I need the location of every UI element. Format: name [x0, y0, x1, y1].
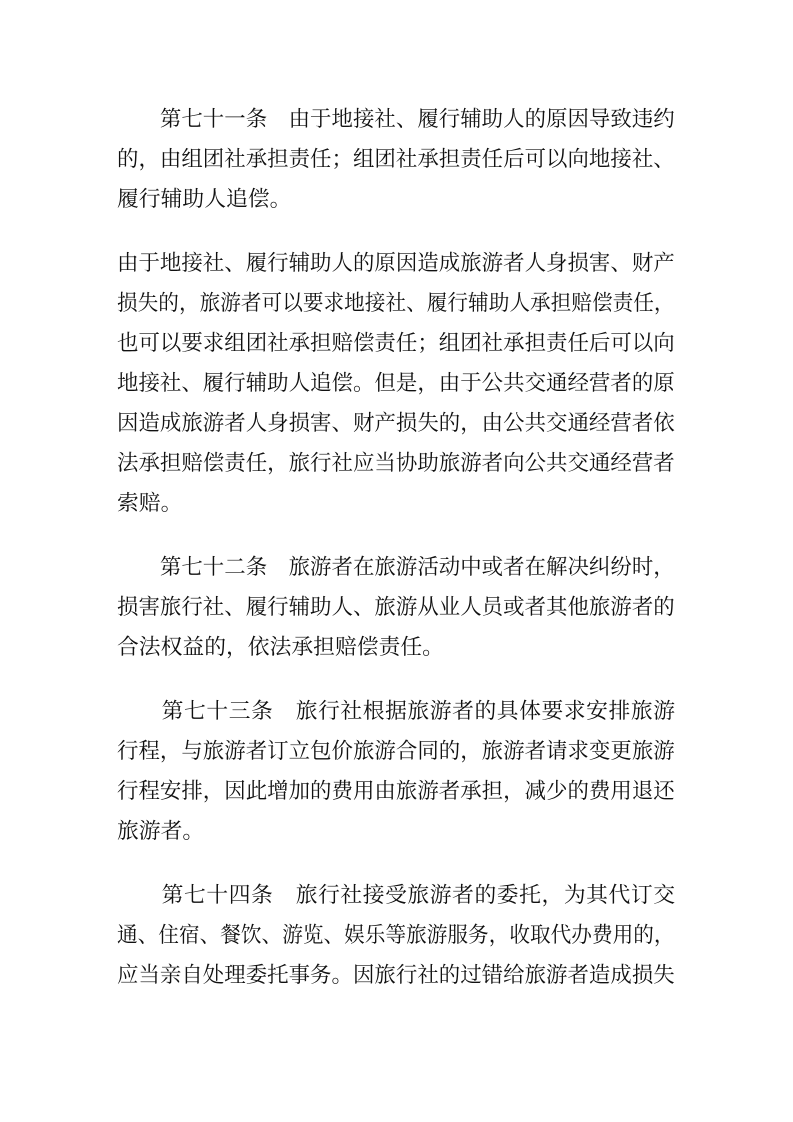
- text-line: 第七十四条 旅行社接受旅游者的委托，为其代订交: [117, 875, 675, 915]
- text-line: 索赔。: [117, 483, 675, 523]
- paragraph-4: 第七十三条 旅行社根据旅游者的具体要求安排旅游行程，与旅游者订立包价旅游合同的，…: [117, 691, 675, 851]
- text-line: 履行辅助人追偿。: [117, 179, 675, 219]
- paragraph-2: 由于地接社、履行辅助人的原因造成旅游者人身损害、财产损失的，旅游者可以要求地接社…: [117, 243, 675, 523]
- document-page: 第七十一条 由于地接社、履行辅助人的原因导致违约的，由组团社承担责任；组团社承担…: [0, 0, 793, 1122]
- text-line: 因造成旅游者人身损害、财产损失的，由公共交通经营者依: [117, 403, 666, 443]
- text-line: 合法权益的，依法承担赔偿责任。: [117, 627, 675, 667]
- text-line: 由于地接社、履行辅助人的原因造成旅游者人身损害、财产: [117, 243, 666, 283]
- text-line: 第七十三条 旅行社根据旅游者的具体要求安排旅游: [117, 691, 675, 731]
- text-line: 也可以要求组团社承担赔偿责任；组团社承担责任后可以向: [117, 323, 666, 363]
- text-line: 行程，与旅游者订立包价旅游合同的，旅游者请求变更旅游: [117, 731, 666, 771]
- text-line: 法承担赔偿责任，旅行社应当协助旅游者向公共交通经营者: [117, 443, 666, 483]
- text-line: 地接社、履行辅助人追偿。但是，由于公共交通经营者的原: [117, 363, 666, 403]
- text-line: 损害旅行社、履行辅助人、旅游从业人员或者其他旅游者的: [117, 587, 666, 627]
- text-line: 的，由组团社承担责任；组团社承担责任后可以向地接社、: [117, 139, 666, 179]
- document-body: 第七十一条 由于地接社、履行辅助人的原因导致违约的，由组团社承担责任；组团社承担…: [117, 99, 675, 1019]
- paragraph-3: 第七十二条 旅游者在旅游活动中或者在解决纠纷时，损害旅行社、履行辅助人、旅游从业…: [117, 547, 675, 667]
- text-line: 通、住宿、餐饮、游览、娱乐等旅游服务，收取代办费用的，: [117, 915, 646, 955]
- text-line: 行程安排，因此增加的费用由旅游者承担，减少的费用退还: [117, 771, 666, 811]
- text-line: 第七十一条 由于地接社、履行辅助人的原因导致违约: [117, 99, 666, 139]
- text-line: 应当亲自处理委托事务。因旅行社的过错给旅游者造成损失: [117, 955, 666, 995]
- text-line: 第七十二条 旅游者在旅游活动中或者在解决纠纷时，: [117, 547, 666, 587]
- paragraph-5: 第七十四条 旅行社接受旅游者的委托，为其代订交通、住宿、餐饮、游览、娱乐等旅游服…: [117, 875, 675, 995]
- text-line: 旅游者。: [117, 811, 675, 851]
- paragraph-1: 第七十一条 由于地接社、履行辅助人的原因导致违约的，由组团社承担责任；组团社承担…: [117, 99, 675, 219]
- text-line: 损失的，旅游者可以要求地接社、履行辅助人承担赔偿责任，: [117, 283, 646, 323]
